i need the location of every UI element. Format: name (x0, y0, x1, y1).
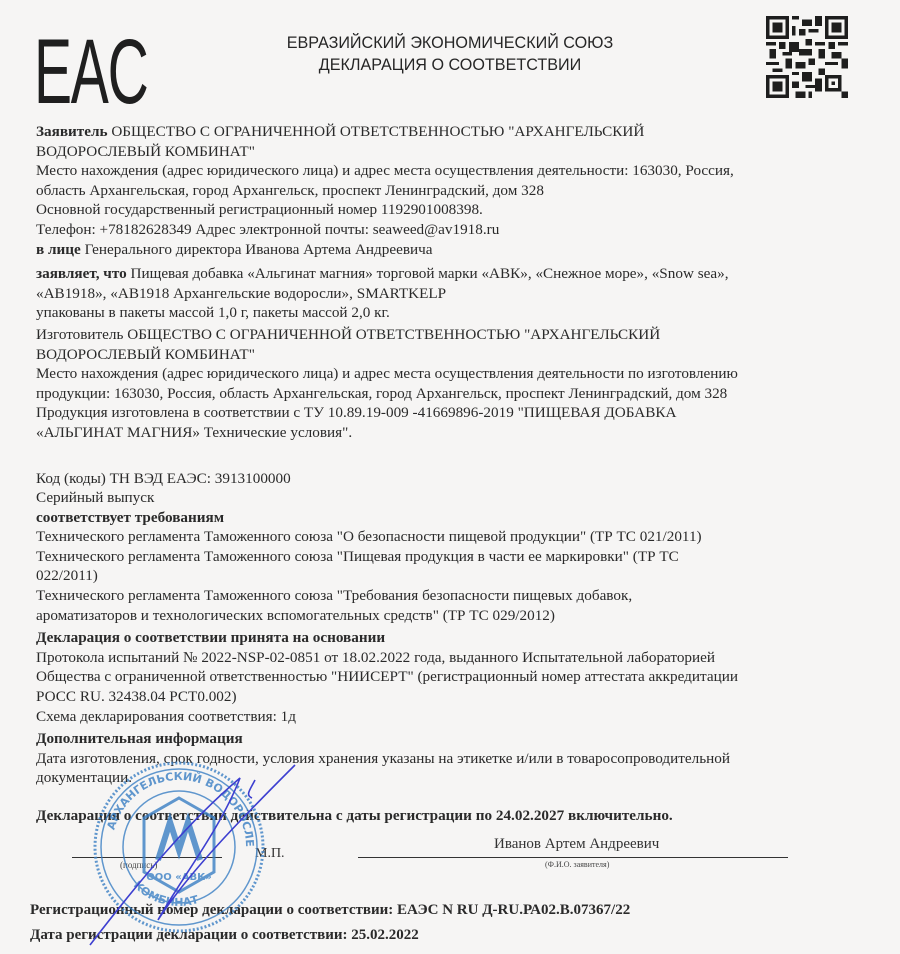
signer-name-line (358, 857, 788, 858)
product-description: Пищевая добавка «Альгинат магния» торгов… (127, 265, 729, 282)
union-title: ЕВРАЗИЙСКИЙ ЭКОНОМИЧЕСКИЙ СОЮЗ (241, 32, 659, 54)
release-type: Серийный выпуск (36, 488, 856, 508)
registration-date: Дата регистрации декларации о соответств… (30, 927, 419, 944)
applicant-label: Заявитель (36, 123, 108, 140)
manufacturer-section: Изготовитель ОБЩЕСТВО С ОГРАНИЧЕННОЙ ОТВ… (36, 325, 856, 443)
signature-block: (подпись) М.П. Иванов Артем Андреевич (Ф… (0, 838, 900, 878)
manufacturer-address-cont: продукции: 163030, Россия, область Архан… (36, 384, 856, 404)
signer-name: Иванов Артем Андреевич (494, 836, 659, 853)
manufacturer-address: Место нахождения (адрес юридического лиц… (36, 364, 856, 384)
applicant-address: Место нахождения (адрес юридического лиц… (36, 161, 856, 181)
requirements-section: соответствует требованиям Технического р… (36, 508, 856, 626)
seal-label: М.П. (255, 846, 285, 862)
additional-text: Дата изготовления, срок годности, услови… (36, 749, 856, 769)
declaration-document: EAC ЕВРАЗИЙСКИЙ ЭКОНОМИЧЕСКИЙ СОЮЗ ДЕКЛА… (0, 0, 900, 954)
requirement-item: Технического регламента Таможенного союз… (36, 547, 856, 567)
registration-number: Регистрационный номер декларации о соотв… (30, 902, 630, 919)
representative-label: в лице (36, 241, 81, 258)
applicant-contacts: Телефон: +78182628349 Адрес электронной … (36, 220, 856, 240)
product-packaging: упакованы в пакеты массой 1,0 г, пакеты … (36, 303, 856, 323)
declaration-scheme: Схема декларирования соответствия: 1д (36, 707, 856, 727)
applicant-name: ОБЩЕСТВО С ОГРАНИЧЕННОЙ ОТВЕТСТВЕННОСТЬЮ… (108, 123, 645, 140)
requirement-item: 022/2011) (36, 566, 856, 586)
test-protocol: Протокола испытаний № 2022-NSP-02-0851 о… (36, 648, 856, 668)
applicant-section: Заявитель ОБЩЕСТВО С ОГРАНИЧЕННОЙ ОТВЕТС… (36, 122, 856, 259)
requirement-item: Технического регламента Таможенного союз… (36, 586, 856, 606)
basis-heading: Декларация о соответствии принята на осн… (36, 628, 856, 648)
requirements-heading: соответствует требованиям (36, 508, 856, 528)
signer-caption: (Ф.И.О. заявителя) (545, 860, 609, 869)
requirement-item: Технического регламента Таможенного союз… (36, 527, 856, 547)
additional-heading: Дополнительная информация (36, 729, 856, 749)
applicant-name-cont: ВОДОРОСЛЕВЫЙ КОМБИНАТ" (36, 142, 856, 162)
applicant-ogrn: Основной государственный регистрационный… (36, 200, 856, 220)
accreditation-number: РОСС RU. 32438.04 РСТ0.002) (36, 687, 856, 707)
representative-text: Генерального директора Иванова Артема Ан… (81, 241, 433, 258)
requirement-item: ароматизаторов и технологических вспомог… (36, 606, 856, 626)
product-description-cont: «АВ1918», «АВ1918 Архангельские водоросл… (36, 284, 856, 304)
signature-line (72, 857, 222, 858)
additional-info-section: Дополнительная информация Дата изготовле… (36, 729, 856, 788)
test-lab: Общества с ограниченной ответственностью… (36, 667, 856, 687)
qr-code-icon (766, 16, 848, 98)
applicant-address-cont: область Архангельская, город Архангельск… (36, 181, 856, 201)
additional-text-cont: документации. (36, 768, 856, 788)
declaration-section: заявляет, что Пищевая добавка «Альгинат … (36, 264, 856, 323)
validity-statement: Декларация о соответствии действительна … (36, 806, 856, 826)
manufacturer-name-cont: ВОДОРОСЛЕВЫЙ КОМБИНАТ" (36, 345, 856, 365)
basis-section: Декларация о соответствии принята на осн… (36, 628, 856, 726)
document-header: ЕВРАЗИЙСКИЙ ЭКОНОМИЧЕСКИЙ СОЮЗ ДЕКЛАРАЦИ… (241, 32, 659, 76)
signature-caption: (подпись) (120, 860, 157, 870)
document-body: Заявитель ОБЩЕСТВО С ОГРАНИЧЕННОЙ ОТВЕТС… (36, 122, 856, 826)
eac-logo: EAC (34, 26, 148, 118)
manufacturer-spec-cont: «АЛЬГИНАТ МАГНИЯ» Технические условия". (36, 423, 856, 443)
product-info-section: Код (коды) ТН ВЭД ЕАЭС: 3913100000 Серий… (36, 469, 856, 508)
document-title: ДЕКЛАРАЦИЯ О СООТВЕТСТВИИ (241, 54, 659, 76)
declares-label: заявляет, что (36, 265, 127, 282)
manufacturer-name: Изготовитель ОБЩЕСТВО С ОГРАНИЧЕННОЙ ОТВ… (36, 325, 856, 345)
manufacturer-spec: Продукция изготовлена в соответствии с Т… (36, 403, 856, 423)
hs-code: Код (коды) ТН ВЭД ЕАЭС: 3913100000 (36, 469, 856, 489)
